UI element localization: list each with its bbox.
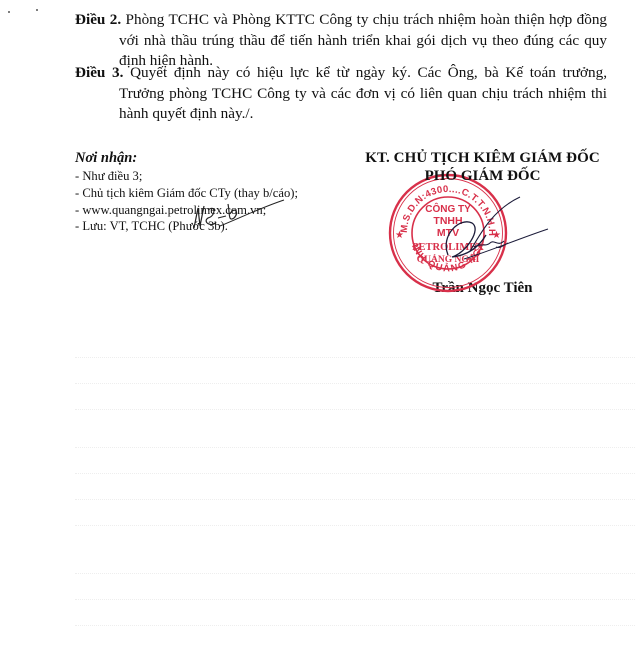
signature-block: KT. CHỦ TỊCH KIÊM GIÁM ĐỐC PHÓ GIÁM ĐỐC … [340, 148, 625, 184]
article-label: Điều 3. [75, 64, 123, 81]
signature-position: PHÓ GIÁM ĐỐC [340, 168, 625, 184]
scan-speck [36, 9, 38, 11]
article-label: Điều 2. [75, 11, 121, 28]
recipient-item: - Như điều 3; [75, 168, 345, 185]
recipients-title: Nơi nhận: [75, 148, 345, 168]
signature-title: KT. CHỦ TỊCH KIÊM GIÁM ĐỐC [340, 148, 625, 168]
initials-signature-icon [190, 196, 290, 232]
bleed-through-text [75, 340, 635, 634]
article-3: Điều 3. Quyết định này có hiệu lực kể từ… [75, 63, 607, 125]
article-text: Phòng TCHC và Phòng KTTC Công ty chịu tr… [119, 11, 607, 69]
handwritten-signature-icon [400, 195, 550, 275]
scan-speck [8, 11, 10, 13]
article-text: Quyết định này có hiệu lực kể từ ngày ký… [119, 64, 607, 122]
